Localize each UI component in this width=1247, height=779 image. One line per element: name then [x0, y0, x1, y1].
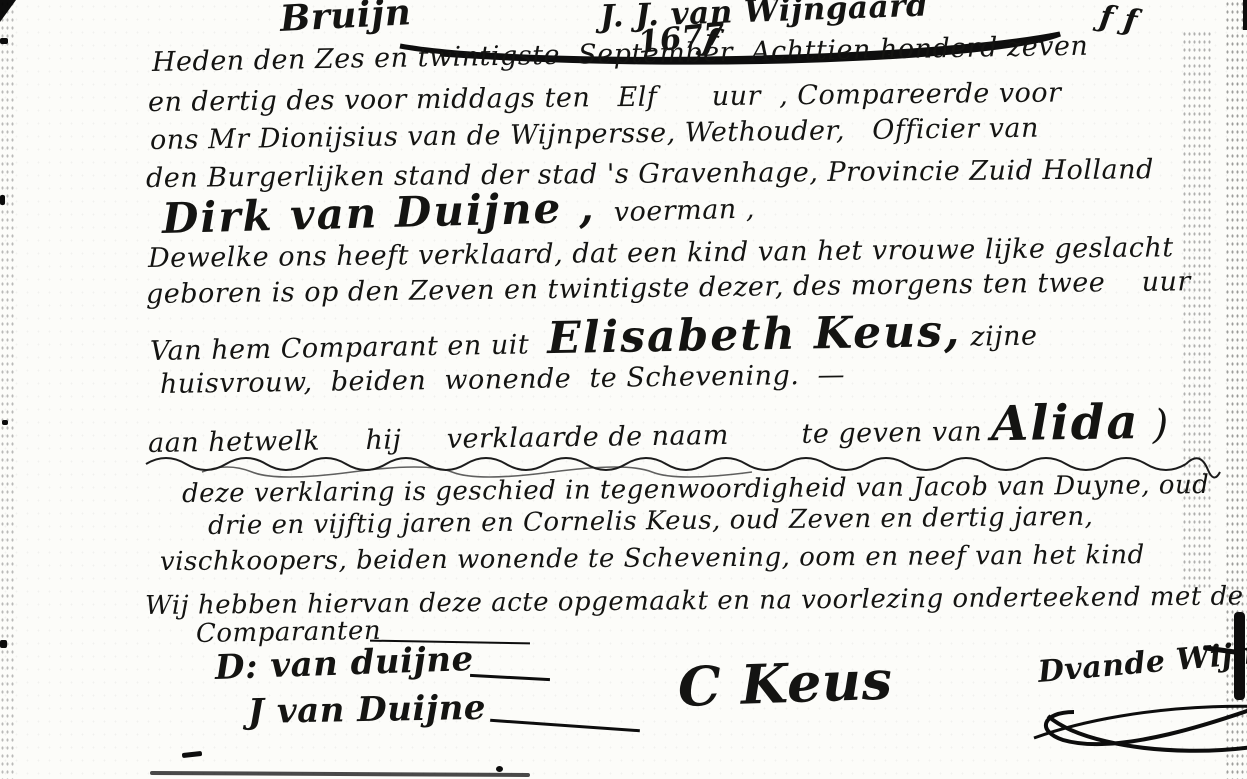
header-flourish-marks: ƒ ƒ [1098, 0, 1140, 38]
edge-blob-right [1234, 612, 1245, 700]
line-birth-date: geboren is op den Zeven en twintigste de… [146, 267, 1191, 309]
mother-name: Elisabeth Keus, [547, 306, 962, 364]
bottom-mark-2 [496, 766, 503, 772]
edge-mark-left-1 [0, 38, 8, 44]
scan-noise-right-strip [1182, 30, 1212, 590]
signature-d-van-duijne: D: van duijne [214, 641, 474, 687]
line-mother: Van hem Comparant en uit Elisabeth Keus,… [150, 307, 1038, 371]
father-name: Dirk van Duijne , [161, 183, 596, 243]
father-occupation: voerman , [595, 193, 755, 228]
signature-j-van-duijne: J van Duijne [248, 690, 487, 732]
corner-smudge-top-left [0, 0, 16, 22]
child-name-flourish: ) [1139, 402, 1169, 448]
bottom-mark-1 [182, 751, 202, 758]
signature-2-tail [490, 719, 640, 732]
line-closing: Wij hebben hiervan deze acte opgemaakt e… [145, 582, 1244, 620]
signature-4-flourish [1028, 682, 1247, 779]
signature-c-keus: C Keus [677, 651, 893, 718]
child-name: Alida [991, 394, 1140, 452]
line-witnesses-2: drie en vijftig jaren en Cornelis Keus, … [208, 503, 1094, 541]
line-witnesses-3: vischkoopers, beiden wonende te Scheveni… [160, 541, 1145, 576]
edge-mark-top-right [1243, 0, 1247, 30]
line-time-appearance: en dertig des voor middags ten Elf uur ,… [148, 78, 1062, 117]
edge-mark-left-3 [2, 420, 8, 425]
mother-prefix: Van hem Comparant en uit [150, 329, 548, 367]
edge-mark-left-2 [0, 195, 5, 205]
signature-van-de-wijnpersse: Dvande Wijnpersse [1037, 627, 1247, 689]
scan-noise-left-strip [0, 0, 14, 779]
line-official: ons Mr Dionijsius van de Wijnpersse, Wet… [150, 114, 1039, 156]
scanned-birth-record: Bruijn J. J. van Wijngaard ƒ ƒ 1677 ƒ He… [0, 0, 1247, 779]
edge-mark-left-4 [0, 640, 7, 648]
signature-1-tail [470, 674, 550, 681]
header-left-scribble: Bruijn [279, 0, 412, 40]
mother-suffix: zijne [961, 321, 1038, 353]
bottom-smear [150, 771, 530, 777]
